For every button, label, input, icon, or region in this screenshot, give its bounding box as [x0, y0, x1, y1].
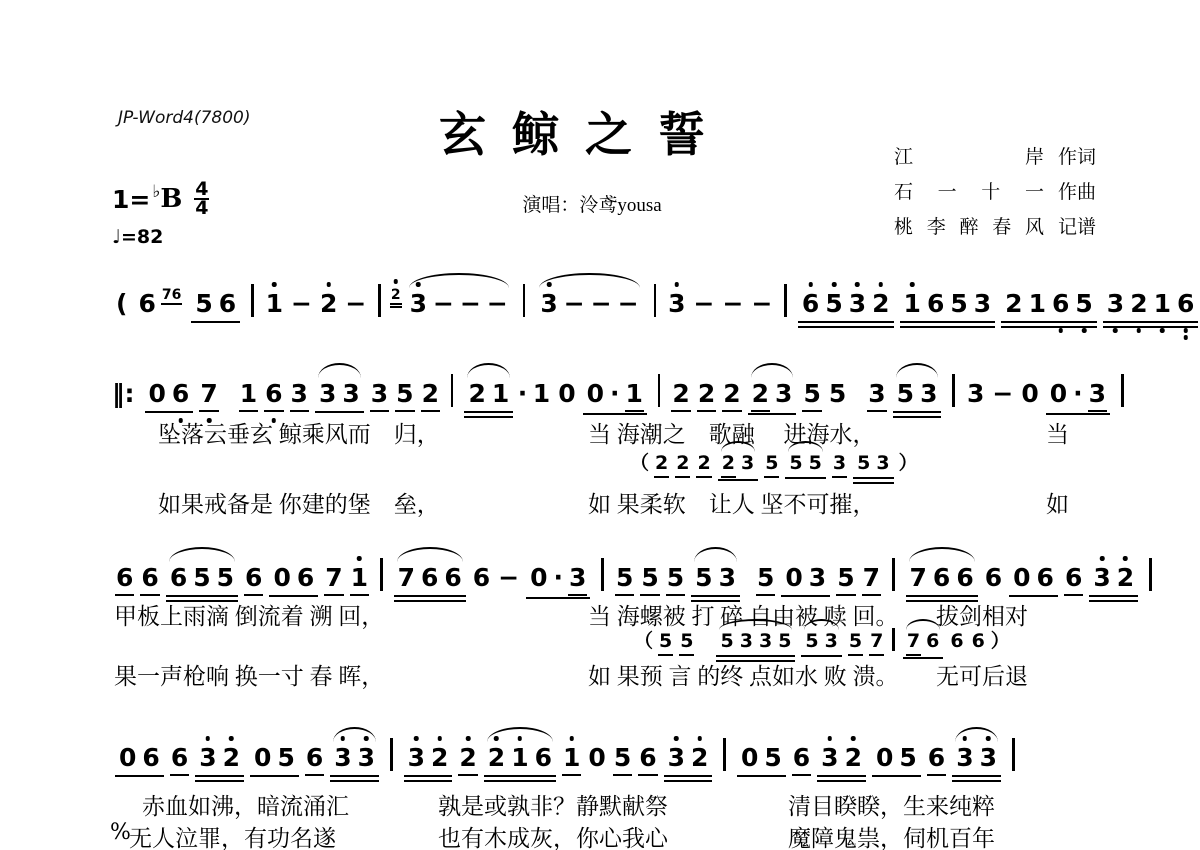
note: 3: [955, 744, 974, 774]
note: 5: [694, 564, 713, 594]
lyric-row5-part1: 赤血如沸，暗流涌汇: [142, 788, 349, 821]
page-title: 玄鲸之誓: [439, 98, 731, 165]
note: 6: [137, 290, 156, 320]
note: 3: [1092, 564, 1111, 594]
note: 2: [751, 380, 770, 412]
note: 0: [557, 380, 576, 410]
note: 0: [1020, 380, 1039, 410]
slurred-note-group: 33: [952, 744, 1001, 782]
harmony-line-1: （22223555353）: [628, 452, 920, 484]
barline: [451, 374, 454, 407]
note: 1: [350, 564, 369, 596]
note: 2: [721, 453, 736, 478]
segno-icon: %: [110, 820, 131, 845]
note: 3: [979, 744, 998, 774]
note: 3: [333, 744, 352, 774]
note: 6: [955, 564, 974, 594]
note: 1: [562, 744, 581, 776]
note: ·: [609, 380, 621, 410]
note: 5: [777, 631, 792, 654]
note-group: 32: [1089, 564, 1138, 602]
note: −: [459, 290, 482, 320]
note: −: [432, 290, 455, 320]
note: 1: [625, 380, 644, 412]
key-prefix: 1=: [112, 185, 150, 214]
barline: [601, 558, 604, 591]
note: ）: [990, 631, 1011, 654]
note: 6: [1176, 290, 1195, 320]
music-line-verse-2: 66655606717666−0·35555350357766606632: [112, 558, 1160, 602]
note: −: [750, 290, 773, 320]
note: 5: [719, 631, 734, 654]
transcriber-role: 记谱: [1058, 210, 1096, 245]
note-group: 06: [269, 564, 318, 597]
note: （: [629, 453, 650, 476]
note: 6: [926, 290, 945, 320]
slurred-note-group: 23: [718, 453, 758, 481]
repeat-sign: ‖:: [111, 380, 136, 410]
note: 5: [679, 631, 694, 656]
note: 5: [756, 564, 775, 596]
note: 2: [697, 380, 716, 412]
note: 6: [443, 564, 462, 594]
key-letter: B: [160, 184, 182, 214]
lyric-row6-part3: 魔障鬼祟，伺机百年: [788, 820, 995, 850]
note: 3: [409, 290, 428, 320]
note: 1: [903, 290, 922, 320]
lyric-row1-part3: 当: [1046, 416, 1069, 449]
composer-name: 石一十一: [894, 175, 1044, 210]
note: 3: [318, 380, 337, 410]
tempo-bpm: 82: [137, 226, 163, 248]
slurred-note-group: 216: [484, 744, 556, 782]
note: 0: [587, 744, 606, 774]
note: 5: [216, 564, 235, 594]
note-group: 06: [145, 380, 194, 413]
note: 7: [199, 380, 218, 412]
note: 3: [824, 631, 839, 654]
barline: [378, 284, 381, 317]
note: 3: [832, 453, 847, 478]
note: 3: [919, 380, 938, 410]
note: 1: [510, 744, 529, 774]
note-group: 0·3: [1046, 380, 1110, 415]
note: 0: [1012, 564, 1031, 594]
barline: [658, 374, 661, 407]
note-group: 3216: [1103, 290, 1199, 328]
note: 3: [820, 744, 839, 774]
note: 3: [667, 744, 686, 774]
note: 6: [984, 564, 1003, 594]
note: 0: [253, 744, 272, 774]
note: 6: [472, 564, 491, 594]
credit-lyricist: 江岸 作词: [894, 140, 1096, 175]
note: 5: [658, 631, 673, 656]
note: 5: [1074, 290, 1093, 320]
note: 7: [909, 564, 928, 594]
note: 2: [421, 380, 440, 412]
note: 2: [722, 380, 741, 412]
note-group: 0·3: [526, 564, 590, 599]
note: 5: [828, 380, 847, 410]
key-signature: 1=♭B 4 4: [112, 182, 209, 216]
slurred-note-group: 766: [394, 564, 466, 602]
lyric-row4-part3: 无可后退: [936, 658, 1028, 691]
note: −: [563, 290, 586, 320]
note: 2: [844, 744, 863, 774]
lyric-row4-part1: 果一声枪响 换一寸 春 晖，: [114, 658, 384, 691]
note: 6: [218, 290, 237, 320]
note: −: [290, 290, 313, 320]
note: 3: [758, 631, 773, 654]
barline: [892, 558, 895, 591]
lyric-row5-part2: 孰是或孰非？静默献祭: [438, 788, 668, 821]
note: 6: [932, 564, 951, 594]
note: 7: [869, 631, 884, 656]
note: 3: [1088, 380, 1107, 412]
note: 0: [1049, 380, 1068, 410]
note: 5: [802, 380, 821, 412]
credit-transcriber: 桃李醉春风 记谱: [894, 210, 1096, 245]
note-group: 32: [195, 744, 244, 782]
note: −: [722, 290, 745, 320]
note: 3: [875, 453, 890, 476]
note: 3: [718, 564, 737, 594]
note-group: 05: [250, 744, 299, 777]
transcriber-name: 桃李醉春风: [894, 210, 1044, 245]
slurred-note-group: 3−−−: [406, 290, 512, 321]
note: 2: [654, 453, 669, 478]
note-group: 06: [1009, 564, 1058, 597]
note: 5: [836, 564, 855, 596]
credits: 江岸 作词 石一十一 作曲 桃李醉春风 记谱: [894, 140, 1096, 245]
note: 0: [118, 744, 137, 774]
note: 1: [491, 380, 510, 410]
note: 5: [848, 631, 863, 656]
note-group: 32: [817, 744, 866, 782]
note: 0: [740, 744, 759, 774]
barline: [390, 738, 393, 771]
barline: [892, 628, 895, 651]
note: 6: [925, 631, 940, 654]
note: 1: [239, 380, 258, 412]
note: 3: [966, 380, 985, 410]
barline: [723, 738, 726, 771]
note: −: [497, 564, 520, 594]
meter-numerator: 4: [195, 182, 208, 197]
tempo-eq: =: [121, 226, 137, 248]
barline: [784, 284, 787, 317]
note: 6: [264, 380, 283, 412]
note: ）: [898, 453, 919, 476]
note: 6: [115, 564, 134, 596]
flat-icon: ♭: [152, 182, 160, 202]
note: 5: [192, 564, 211, 594]
note: 5: [615, 564, 634, 596]
time-signature: 4 4: [194, 182, 209, 216]
note: 5: [613, 744, 632, 776]
slurred-note-group: 655: [166, 564, 238, 602]
note: −: [486, 290, 509, 320]
tempo-marking: ♩=82: [112, 226, 163, 248]
note: 3: [370, 380, 389, 412]
note: 2: [430, 744, 449, 774]
note: 3: [667, 290, 686, 320]
note: 5: [808, 453, 823, 476]
note-group: 676: [134, 287, 185, 321]
note: 6: [1051, 290, 1070, 320]
note: 5: [856, 453, 871, 476]
note: 6: [801, 290, 820, 320]
lyric-row2-part3: 如: [1046, 486, 1069, 519]
note: 0: [784, 564, 803, 594]
note: 6: [1064, 564, 1083, 596]
note: 6: [420, 564, 439, 594]
note: 3: [568, 564, 587, 596]
note: 3: [774, 380, 793, 410]
harmony-line-2: （55533553577666）: [632, 628, 1012, 662]
note: 0: [148, 380, 167, 410]
lyric-row2-part2: 如 果柔软 让人 坚不可摧，: [588, 486, 876, 519]
note: 2: [222, 744, 241, 774]
lyric-row5-part3: 清目睽睽，生来纯粹: [788, 788, 995, 821]
slurred-note-group: 21: [464, 380, 513, 418]
note: 6: [534, 744, 553, 774]
slurred-note-group: 766: [906, 564, 978, 602]
note: 3: [867, 380, 886, 412]
note: ·: [553, 564, 565, 594]
note: 5: [896, 380, 915, 410]
lyric-row3-part1: 甲板上雨滴 倒流着 溯 回，: [114, 598, 384, 631]
note: 5: [194, 290, 213, 320]
lyric-row6-part1: 无人泣罪，有功名遂: [129, 820, 336, 850]
note: 3: [341, 380, 360, 410]
note: 0: [875, 744, 894, 774]
note-group: 2165: [1001, 290, 1097, 328]
note: 2: [1129, 290, 1148, 320]
note: ·: [517, 380, 529, 410]
note-group: 32: [664, 744, 713, 782]
note: 6: [305, 744, 324, 776]
note-group: 32: [404, 744, 453, 782]
note: 1: [1028, 290, 1047, 320]
singer-line: 演唱：泠鸢yousa: [522, 190, 661, 217]
note: 2: [458, 744, 477, 776]
note: (: [115, 290, 128, 320]
note-group: 6532: [798, 290, 894, 328]
barline: [654, 284, 657, 317]
music-line-intro: (676561−2−23−−−3−−−3−−−65321653216532166…: [112, 284, 1200, 328]
note: 2: [871, 290, 890, 320]
slurred-note-group: 55: [785, 453, 825, 479]
note: 2: [696, 453, 711, 478]
note: 2: [675, 453, 690, 478]
note: 6: [638, 744, 657, 776]
lyric-row1-part1: 坠落云垂玄 鲸乘风而 归，: [158, 416, 440, 449]
note: （: [633, 631, 654, 654]
note: 3: [740, 453, 755, 476]
note: 5: [898, 744, 917, 774]
note: 7: [324, 564, 343, 596]
slurred-note-group: 33: [315, 380, 364, 413]
note: 5: [824, 290, 843, 320]
lyric-row1-part2: 当 海潮之 歌融 进海水，: [588, 416, 876, 449]
note: 2: [690, 744, 709, 774]
barline: [1121, 374, 1124, 407]
note: 2: [671, 380, 690, 412]
note: 5: [949, 290, 968, 320]
note: 3: [357, 744, 376, 774]
note: 7: [906, 631, 921, 656]
note: 5: [395, 380, 414, 412]
music-line-chorus: 06632056333222161056320563205633: [112, 738, 1023, 782]
note-group: 03: [781, 564, 830, 597]
slurred-note-group: 53: [691, 564, 740, 602]
note: 2: [1004, 290, 1023, 320]
grace-note: 76: [161, 287, 182, 305]
watermark: JP-Word4(7800): [118, 108, 251, 128]
note: ·: [1072, 380, 1084, 410]
note: 0: [272, 564, 291, 594]
note: −: [344, 290, 367, 320]
credit-composer: 石一十一 作曲: [894, 175, 1096, 210]
slurred-note-group: 76: [903, 631, 943, 659]
note: 6: [296, 564, 315, 594]
note: 5: [788, 453, 803, 476]
note: 2: [487, 744, 506, 774]
note-group: 1653: [900, 290, 996, 328]
note: 7: [397, 564, 416, 594]
grace-note: 2: [390, 287, 402, 308]
note: 1: [532, 380, 551, 410]
composer-role: 作曲: [1058, 175, 1096, 210]
note: 5: [666, 564, 685, 596]
note: 2: [319, 290, 338, 320]
note: 5: [804, 631, 819, 654]
lyric-row3-part2: 当 海螺被 打 碎 自由被 赎 回。: [588, 598, 899, 631]
note: −: [617, 290, 640, 320]
lyricist-name: 江岸: [894, 140, 1044, 175]
slurred-note-group: 23: [748, 380, 797, 415]
note: 6: [171, 380, 190, 410]
note: 6: [1036, 564, 1055, 594]
note: 5: [276, 744, 295, 774]
lyricist-role: 作词: [1058, 140, 1096, 175]
note: 5: [764, 453, 779, 478]
slurred-note-group: 53: [801, 631, 841, 657]
note: 6: [927, 744, 946, 776]
slurred-note-group: 33: [330, 744, 379, 782]
lyric-row4-part2: 如 果预 言 的终 点如水 败 溃。: [588, 658, 899, 691]
note: 3: [739, 631, 754, 654]
note: 0: [529, 564, 548, 594]
note: 3: [848, 290, 867, 320]
note: 7: [862, 564, 881, 596]
note: 1: [1153, 290, 1172, 320]
note: 6: [971, 631, 986, 654]
quarter-note-icon: ♩: [112, 226, 121, 248]
barline: [952, 374, 955, 407]
note: 2: [1116, 564, 1135, 594]
note: 3: [407, 744, 426, 774]
note: 3: [808, 564, 827, 594]
lyric-row2-part1: 如果戒备是 你建的堡 垒，: [158, 486, 440, 519]
note: 2: [467, 380, 486, 410]
lyric-row6-part2: 也有木成灰，你心我心: [438, 820, 668, 850]
note: 3: [290, 380, 309, 412]
note-group: 53: [853, 453, 893, 484]
note: 3: [973, 290, 992, 320]
note: −: [693, 290, 716, 320]
slurred-note-group: 53: [893, 380, 942, 418]
barline: [380, 558, 383, 591]
note: 5: [640, 564, 659, 596]
note-group: 05: [737, 744, 786, 777]
barline: [1149, 558, 1152, 591]
barline: [251, 284, 254, 317]
sheet-music-page: JP-Word4(7800) 玄鲸之誓 演唱：泠鸢yousa 江岸 作词 石一十…: [0, 0, 1200, 850]
note-group: 0·1: [583, 380, 647, 415]
note: 6: [170, 744, 189, 776]
note: −: [991, 380, 1014, 410]
note: 0: [586, 380, 605, 410]
note: 6: [141, 744, 160, 774]
barline: [1012, 738, 1015, 771]
note: 3: [539, 290, 558, 320]
meter-denominator: 4: [195, 201, 208, 216]
note: 1: [265, 290, 284, 320]
music-line-verse-1: ‖:0671633335221·100·122223553533−00·3: [108, 374, 1132, 418]
note: 3: [198, 744, 217, 774]
note: 3: [1106, 290, 1125, 320]
note-group: 56: [191, 290, 240, 323]
note: −: [590, 290, 613, 320]
note: 6: [140, 564, 159, 596]
note-group: 05: [872, 744, 921, 777]
slurred-note-group: 3−−−: [536, 290, 642, 321]
note: 6: [169, 564, 188, 594]
lyric-row3-part3: 拔剑相对: [936, 598, 1028, 631]
note: 6: [949, 631, 964, 654]
note-group: 06: [115, 744, 164, 777]
note: 5: [763, 744, 782, 774]
barline: [523, 284, 526, 317]
note: 6: [244, 564, 263, 596]
note: 6: [792, 744, 811, 776]
